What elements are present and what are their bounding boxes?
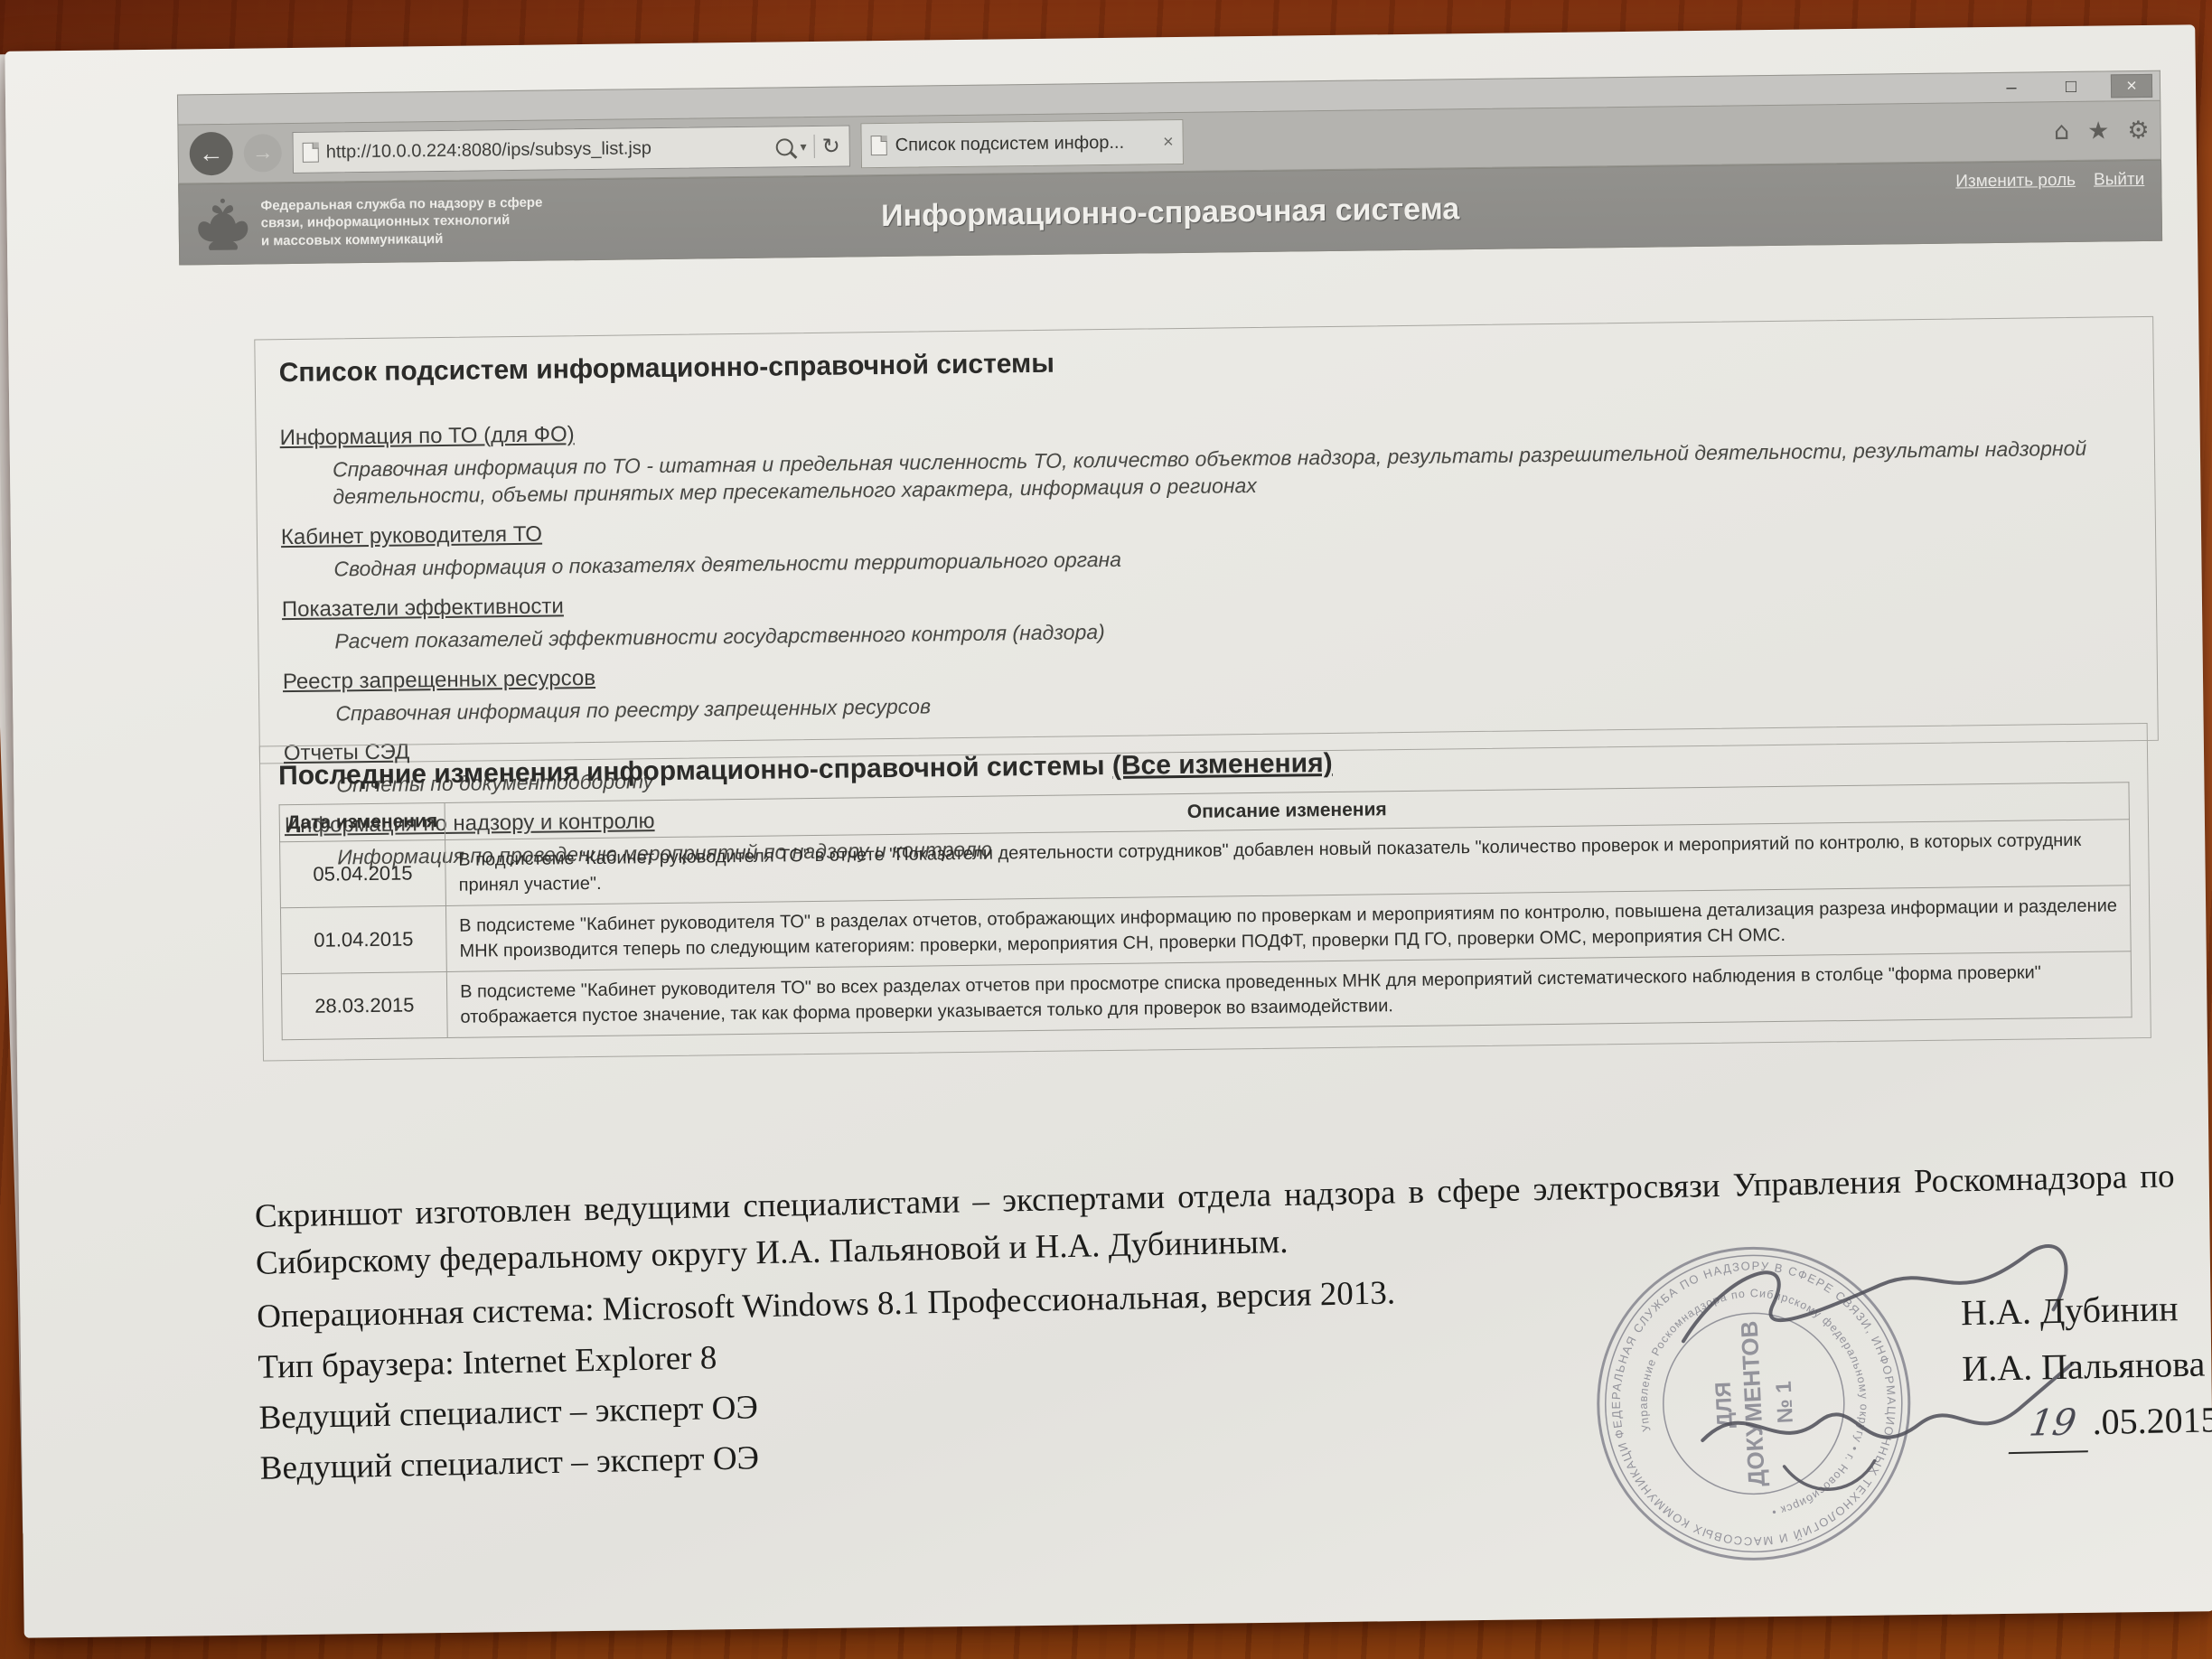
refresh-icon[interactable]: ↻: [821, 134, 839, 159]
logout-link[interactable]: Выйти: [2094, 170, 2145, 191]
tab-page-icon: [871, 136, 887, 155]
chevron-down-icon[interactable]: ▾: [800, 139, 806, 155]
handwritten-day: 19: [2009, 1394, 2097, 1454]
change-date: 05.04.2015: [280, 839, 446, 907]
printed-date-part: .05.2015: [2092, 1399, 2212, 1442]
signer-name: И.А. Пальянова: [1962, 1334, 2212, 1397]
signers-block: Н.А. Дубинин И.А. Пальянова 19.05.2015: [1960, 1278, 2212, 1455]
photo-of-document: – □ × ← → http://10.0.0.224:8080/ips/sub…: [0, 0, 2212, 1659]
all-changes-link[interactable]: (Все изменения): [1112, 748, 1333, 781]
subsystem-link-indicators[interactable]: Показатели эффективности: [282, 594, 564, 623]
page-title: Информационно-справочная система: [179, 183, 2160, 242]
subsystems-heading: Список подсистем информационно-справочно…: [279, 335, 2130, 389]
subsystem-link-cabinet[interactable]: Кабинет руководителя ТО: [281, 521, 542, 550]
session-links: Изменить роль Выйти: [1955, 170, 2144, 192]
search-icon[interactable]: [775, 138, 792, 155]
home-icon[interactable]: ⌂: [2054, 117, 2070, 145]
signer-name: Н.А. Дубинин: [1960, 1278, 2212, 1341]
divider: [813, 135, 814, 158]
browser-window: – □ × ← → http://10.0.0.224:8080/ips/sub…: [177, 70, 2162, 266]
subsystems-panel: Список подсистем информационно-справочно…: [254, 316, 2159, 764]
back-button-icon[interactable]: ←: [189, 132, 233, 176]
subsystem-link-info-to[interactable]: Информация по ТО (для ФО): [279, 422, 574, 451]
col-header-date: Дата изменения: [279, 802, 445, 841]
changes-table: Дата изменения Описание изменения 05.04.…: [279, 782, 2132, 1040]
quick-icons: ⌂ ★ ⚙: [2054, 116, 2150, 145]
signature-date: 19.05.2015: [2012, 1390, 2212, 1454]
tab-title: Список подсистем инфор...: [895, 132, 1156, 156]
minimize-button-icon[interactable]: –: [1992, 76, 2031, 98]
navbar-spacer: [1195, 131, 2043, 141]
changes-panel: Последние изменения информационно-справо…: [259, 723, 2151, 1062]
subsystem-link-registry[interactable]: Реестр запрещенных ресурсов: [283, 666, 595, 695]
browser-tab[interactable]: Список подсистем инфор... ×: [860, 119, 1184, 168]
page-icon: [303, 143, 319, 163]
url-text[interactable]: http://10.0.0.224:8080/ips/subsys_list.j…: [326, 136, 769, 163]
changes-heading: Последние изменения информационно-справо…: [278, 738, 2129, 792]
address-bar[interactable]: http://10.0.0.224:8080/ips/subsys_list.j…: [292, 125, 850, 173]
tab-close-icon[interactable]: ×: [1163, 132, 1174, 153]
close-button-icon[interactable]: ×: [2111, 74, 2152, 98]
changes-heading-text: Последние изменения информационно-справо…: [278, 751, 1112, 791]
gear-icon[interactable]: ⚙: [2127, 116, 2150, 144]
star-icon[interactable]: ★: [2087, 117, 2110, 145]
change-role-link[interactable]: Изменить роль: [1955, 171, 2076, 192]
change-date: 01.04.2015: [280, 905, 446, 973]
maximize-button-icon[interactable]: □: [2051, 76, 2091, 98]
forward-button-icon[interactable]: →: [244, 134, 283, 173]
printed-document-sheet: – □ × ← → http://10.0.0.224:8080/ips/sub…: [5, 24, 2212, 1637]
change-date: 28.03.2015: [281, 971, 447, 1039]
